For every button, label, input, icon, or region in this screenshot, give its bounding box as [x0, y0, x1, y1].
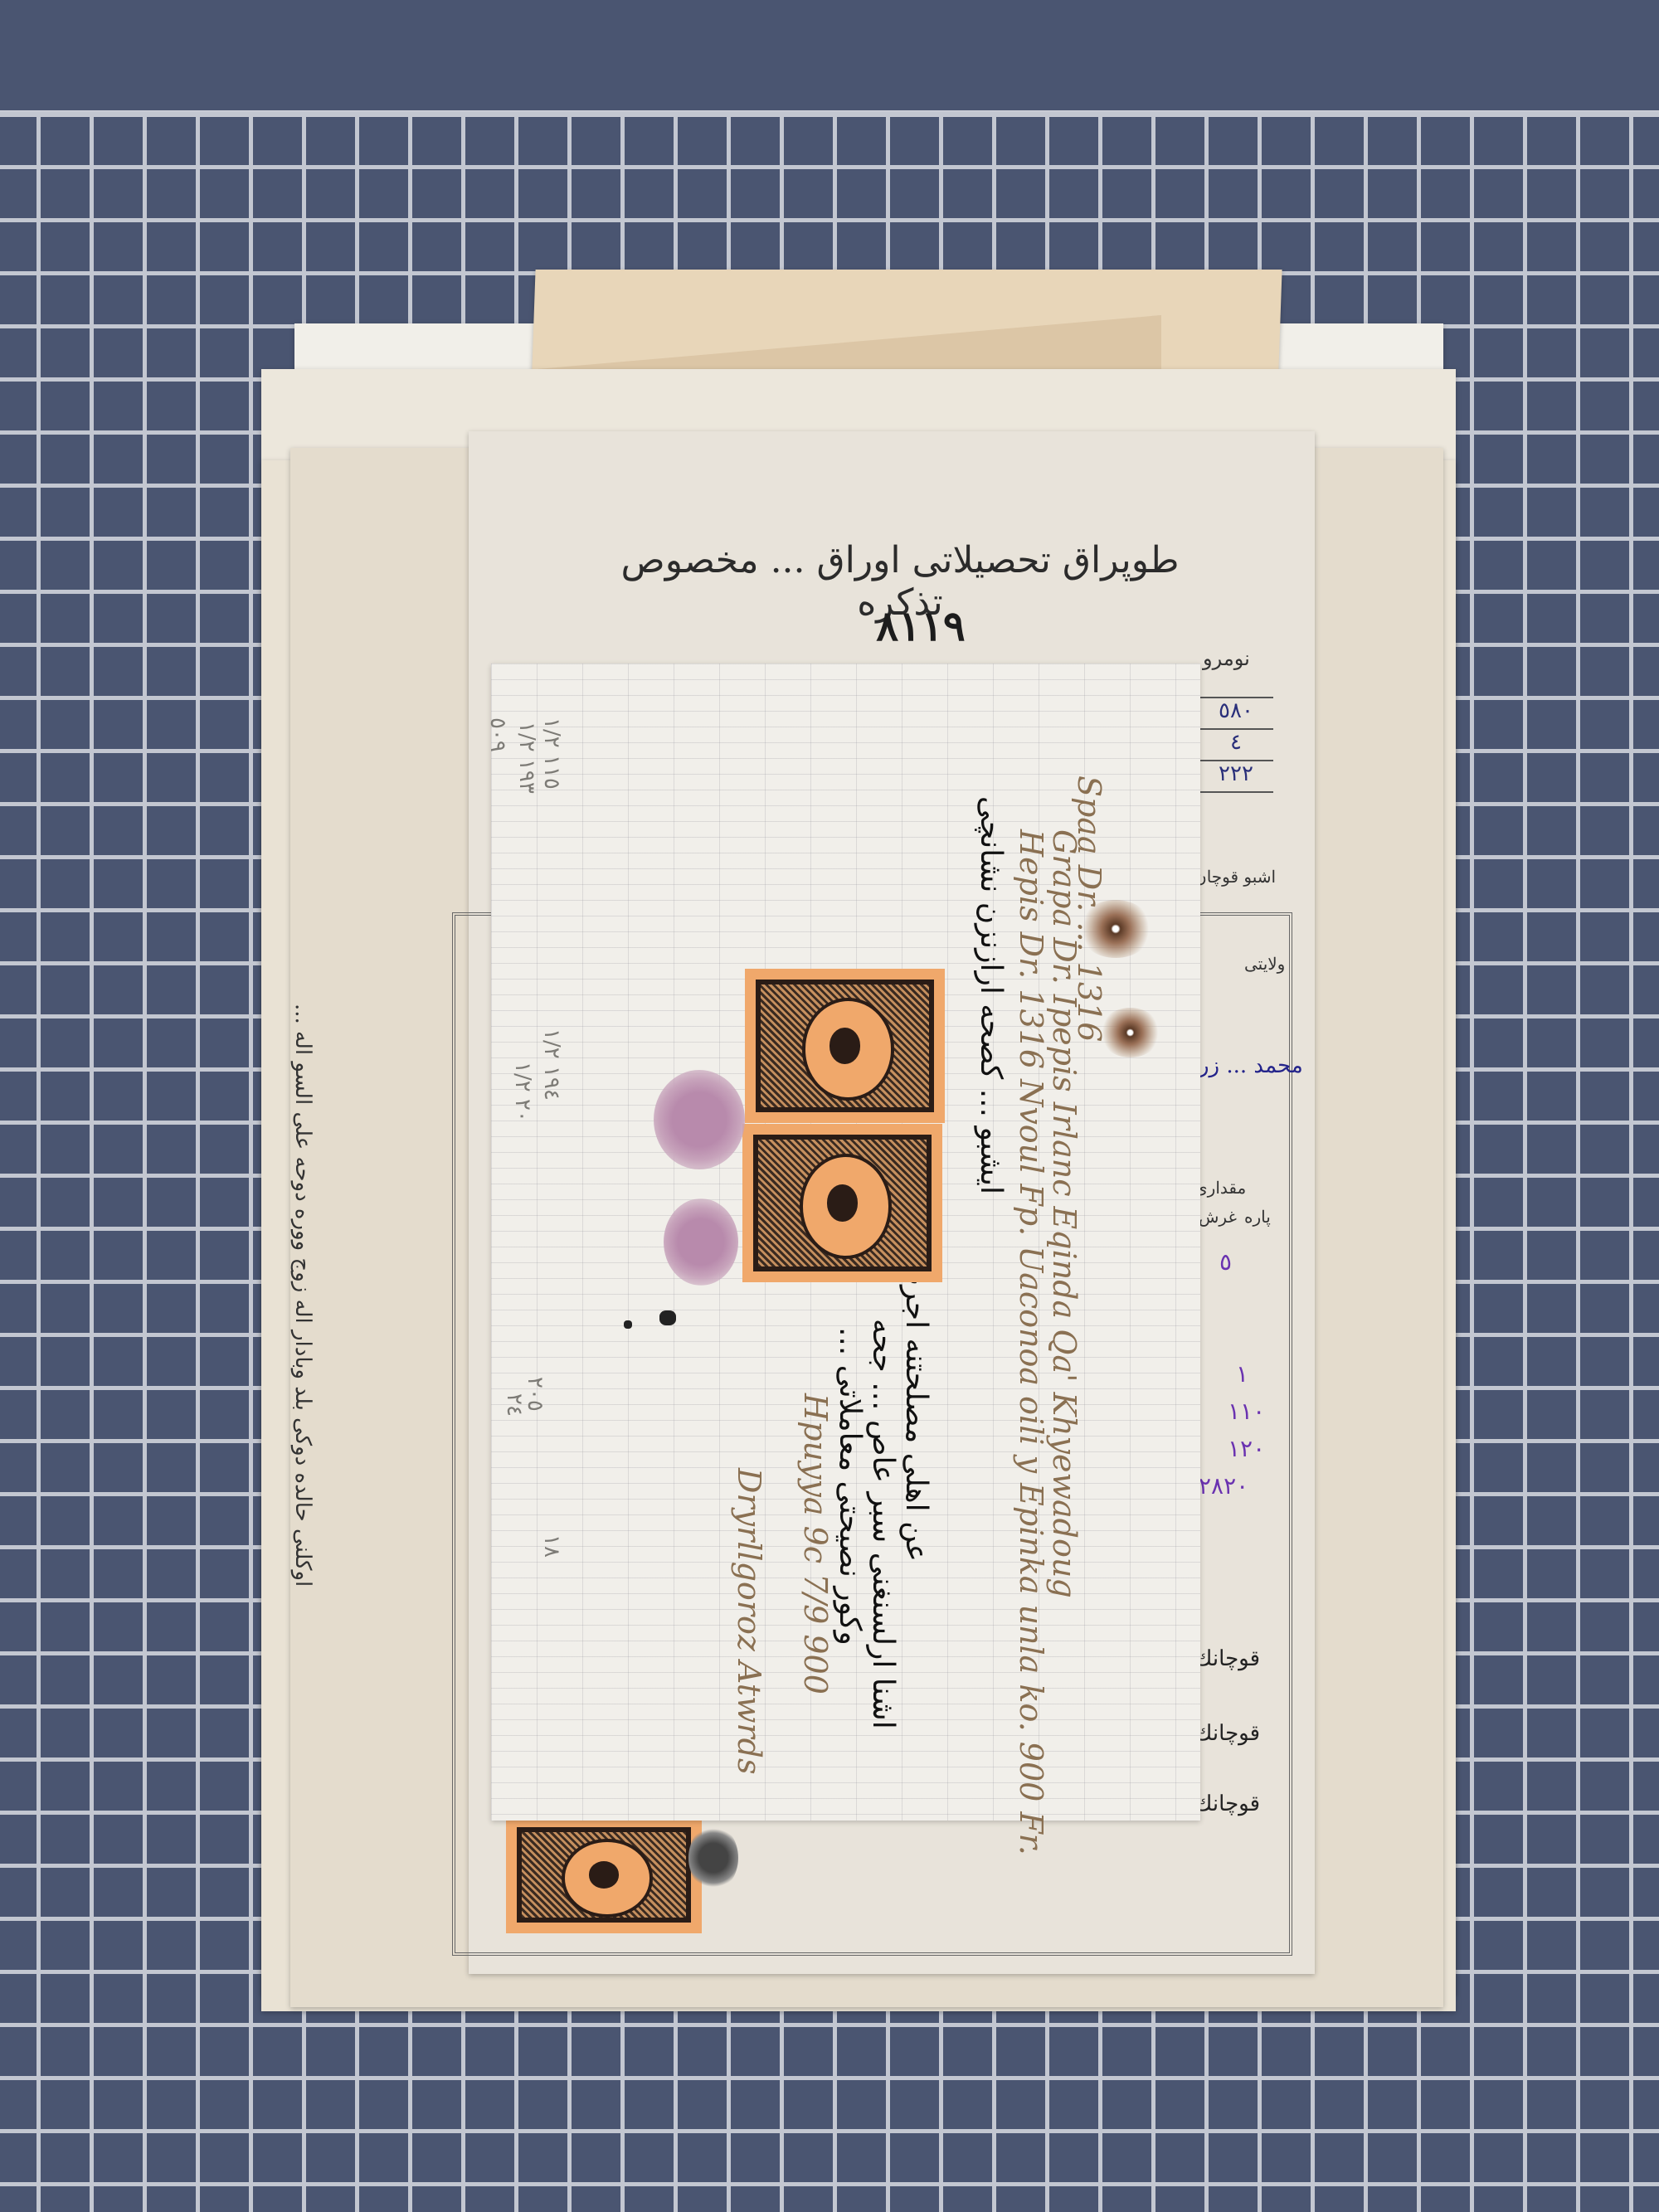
- number-entry: ٢٢٢: [1199, 761, 1273, 793]
- amount-entry: ١٢٠: [1228, 1435, 1265, 1462]
- amount-entry: ٥: [1219, 1248, 1232, 1276]
- document-serial-number: ٨١١٩: [863, 601, 979, 650]
- ink-line: ایشبو ... کصحه ارازنزن نشانچی: [974, 796, 1008, 1194]
- ink-blot: [659, 1310, 676, 1325]
- pencil-line: Hpuyya 9c 7/9 900: [797, 1393, 834, 1694]
- kocan-label: قوچانك: [1194, 1791, 1260, 1816]
- pencil-line: Grapa Dr. Ipepis Irlanc Eqinda Qa' Khyew…: [1046, 829, 1082, 1598]
- amount-entry: ١: [1236, 1360, 1248, 1388]
- para-label: پاره: [1244, 1207, 1271, 1227]
- revenue-stamp-top: [745, 969, 945, 1123]
- miktar-label: مقداری: [1194, 1178, 1246, 1198]
- ink-blot: [624, 1320, 632, 1329]
- pencil-number: ٢٤: [502, 1393, 527, 1417]
- tughra-icon: [829, 1028, 861, 1063]
- revenue-stamp-bottom: [506, 1816, 702, 1933]
- pencil-number: ٢٠ ١/٢: [510, 1062, 535, 1122]
- pencil-number: ١٨: [539, 1534, 564, 1558]
- number-entry: ٥٨٠: [1199, 697, 1273, 730]
- pencil-line: Hepis Dr. 1316 Nvoul Fp. Uaconoa oili y …: [1013, 829, 1049, 1855]
- pencil-number: ١٩٤ ١/٢: [539, 1028, 564, 1101]
- ink-line: اشنا ارلسنغنی سبر عاص ... جحه: [866, 1319, 900, 1729]
- revenue-stamp-middle: [742, 1124, 942, 1282]
- kocan-label: قوچانك: [1194, 1721, 1260, 1746]
- ink-line: وکور نصیحتی معاملاتی ...: [833, 1327, 867, 1646]
- pencil-number: ١٩٣ ١/٢: [514, 722, 539, 794]
- kocan-label: قوچانك: [1194, 1646, 1260, 1671]
- left-sheet-text: اوکلنی حالده دوکی بلد وبادار اله زوج وور…: [290, 1004, 315, 1587]
- ghurush-label: غرش: [1199, 1207, 1237, 1227]
- purple-seal-lower: [664, 1198, 738, 1286]
- tughra-icon: [589, 1861, 620, 1888]
- pencil-number: ١١٥ ١/٢: [539, 717, 564, 790]
- eshbu-label: اشبو قوچان: [1194, 867, 1276, 887]
- amount-entry: ٢٨٢٠: [1199, 1472, 1248, 1500]
- numro-label: نومرو: [1203, 647, 1250, 670]
- tughra-icon: [827, 1184, 859, 1221]
- number-column: ٥٨٠ ٤ ٢٢٢: [1199, 697, 1273, 793]
- burn-hole: [1099, 1008, 1161, 1057]
- pencil-line: Dryrllgoroz Atwrds: [731, 1468, 767, 1774]
- black-seal-impression: [688, 1825, 738, 1891]
- purple-seal-upper: [654, 1070, 745, 1169]
- burn-hole: [1078, 900, 1153, 958]
- pencil-number: ٥٠٩: [485, 717, 510, 752]
- name-entry: محمد ... زر: [1199, 1053, 1303, 1078]
- number-entry: ٤: [1199, 730, 1273, 761]
- vilayet-label: ولایتی: [1244, 954, 1285, 974]
- amount-entry: ١١٠: [1228, 1398, 1265, 1425]
